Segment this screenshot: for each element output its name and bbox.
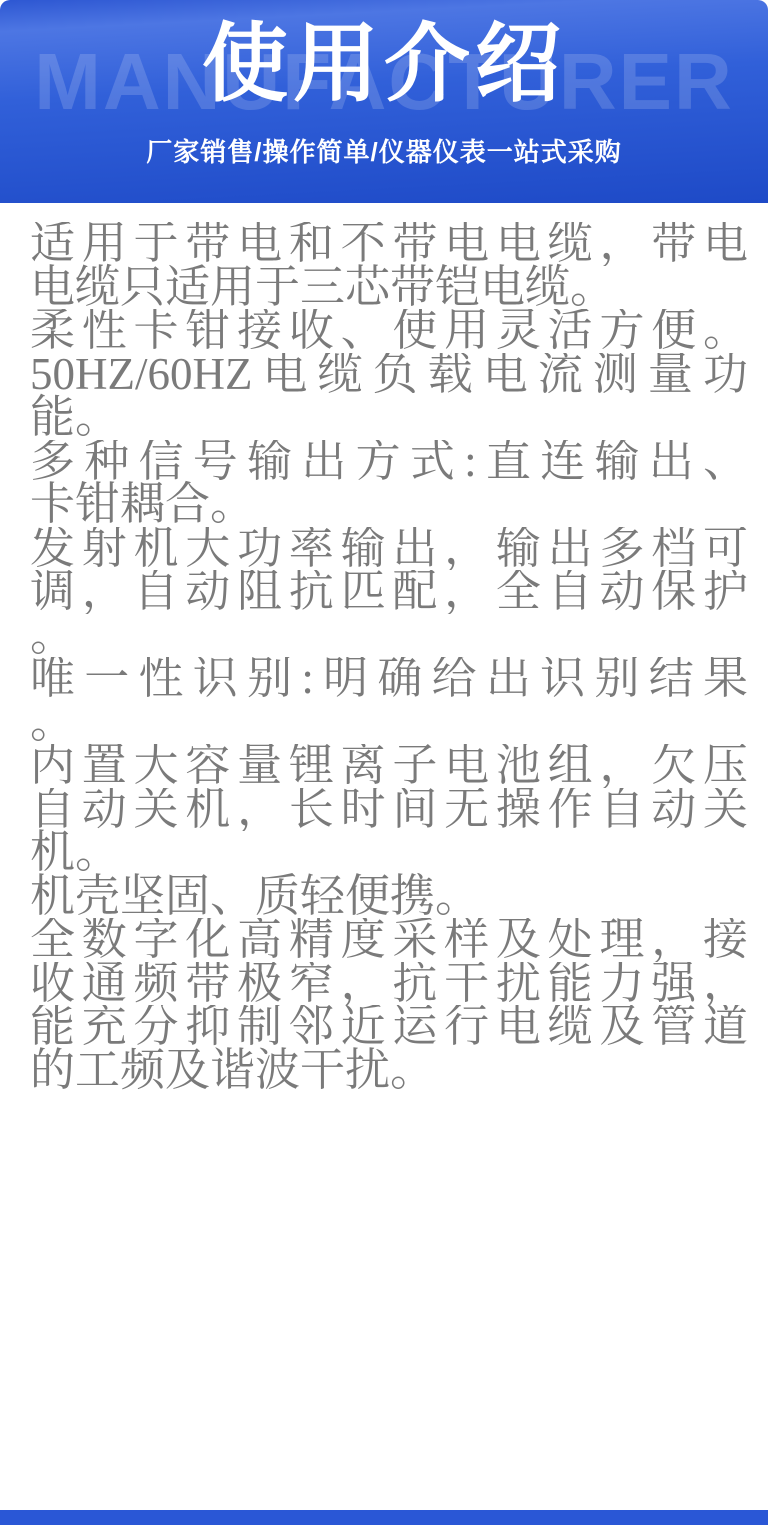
feature-text-line: 卡钳耦合。 [30,483,748,527]
feature-text-line: 调，自动阻抗匹配，全自动保护 [30,570,748,614]
page-title: 使用介绍 [0,12,768,116]
feature-text-line: 柔性卡钳接收、使用灵活方便。 [30,309,748,353]
feature-text-line: 自动关机，长时间无操作自动关 [30,788,748,832]
feature-lines: 适用于带电和不带电电缆，带电电缆只适用于三芯带铠电缆。柔性卡钳接收、使用灵活方便… [30,222,748,1092]
feature-text-line: 机壳坚固、质轻便携。 [30,875,748,919]
feature-text-line: 唯一性识别:明确给出识别结果 [30,657,748,701]
feature-text-line: 多种信号输出方式:直连输出、 [30,440,748,484]
feature-text-line: 机。 [30,831,748,875]
feature-text-line: 50HZ/60HZ电缆负载电流测量功 [30,353,748,397]
header-subtitle: 厂家销售/操作简单/仪器仪表一站式采购 [0,136,768,168]
feature-text-line: 适用于带电和不带电电缆，带电 [30,222,748,266]
feature-text-line: 的工频及谐波干扰。 [30,1049,748,1093]
feature-text-line: 。 [30,701,748,745]
feature-text-line: 全数字化高精度采样及处理，接 [30,918,748,962]
feature-text-line: 内置大容量锂离子电池组，欠压 [30,744,748,788]
feature-text-line: 发射机大功率输出，输出多档可 [30,527,748,571]
feature-text-line: 能。 [30,396,748,440]
header-banner: MANUFACTURER 使用介绍 厂家销售/操作简单/仪器仪表一站式采购 [0,0,768,203]
feature-text-line: 能充分抑制邻近运行电缆及管道 [30,1005,748,1049]
product-description-page: MANUFACTURER 使用介绍 厂家销售/操作简单/仪器仪表一站式采购 适用… [0,0,768,1525]
feature-text-line: 。 [30,614,748,658]
next-section-top-bar [0,1510,768,1525]
feature-text-line: 收通频带极窄，抗干扰能力强， [30,962,748,1006]
feature-text-line: 电缆只适用于三芯带铠电缆。 [30,266,748,310]
